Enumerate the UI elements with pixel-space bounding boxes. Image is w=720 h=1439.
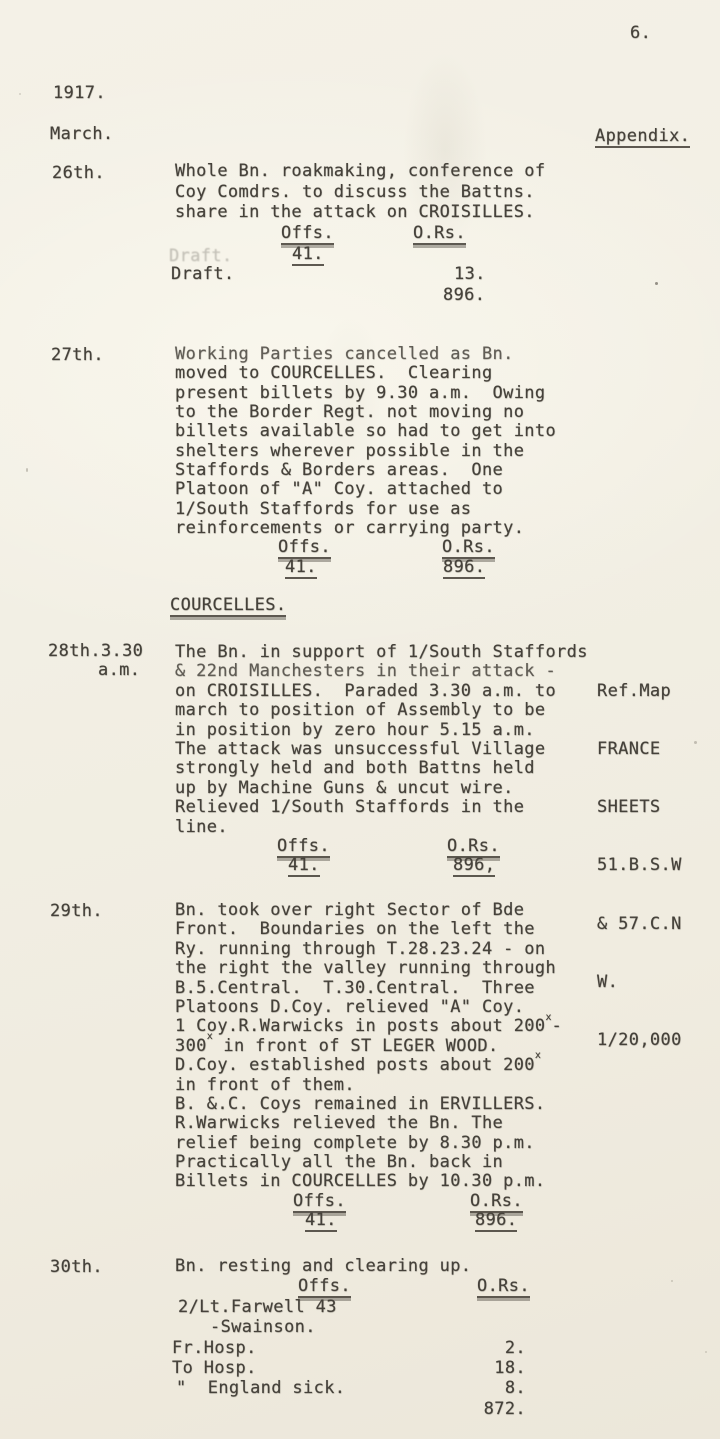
offs-total: 41.	[292, 244, 324, 266]
body-line: shelters wherever possible in the	[175, 441, 615, 460]
body-line: & 22nd Manchesters in their attack -	[175, 661, 615, 680]
ink-speck	[694, 741, 697, 744]
superscript-x: x	[207, 1031, 213, 1042]
stats-header-row: Offs. O.Rs.	[175, 1276, 615, 1296]
map-ref-line: 51.B.S.W	[597, 856, 717, 875]
body-line: present billets by 9.30 a.m. Owing	[175, 383, 615, 402]
stats-header-row: Offs. O.Rs.	[175, 1191, 615, 1210]
casualty-row: Fr.Hosp. 2.	[175, 1338, 615, 1358]
superscript-x: x	[535, 1050, 541, 1061]
body-line: up by Machine Guns & uncut wire.	[175, 778, 615, 797]
casualty-total-row: 872.	[175, 1399, 615, 1419]
body-line: march to position of Assembly to be	[175, 700, 615, 719]
body-text: in front of ST LEGER WOOD.	[213, 1036, 499, 1056]
casualty-row: To Hosp. 18.	[175, 1358, 615, 1378]
offs-total: 41.	[285, 557, 317, 579]
body-line: The attack was unsuccessful Village	[175, 739, 615, 758]
body-line: Coy Comdrs. to discuss the Battns.	[175, 182, 615, 203]
body-line: R.Warwicks relieved the Bn. The	[175, 1113, 615, 1132]
ors-total: 896.	[475, 1210, 517, 1232]
month-label: March.	[50, 124, 114, 144]
officer-name-line: -Swainson.	[175, 1317, 615, 1337]
ors-total: 896.	[443, 285, 485, 305]
draft-ors-value: 13.	[454, 264, 486, 284]
casualty-label: Fr.Hosp.	[172, 1338, 257, 1358]
body-line: in position by zero hour 5.15 a.m.	[175, 720, 615, 739]
offs-total: 41.	[288, 855, 320, 877]
draft-row: Draft. 13.	[175, 264, 615, 285]
ors-grand-total: 872.	[436, 1399, 526, 1419]
stats-value-row: 896.	[175, 285, 615, 306]
body-line: the right the valley running through	[175, 958, 615, 977]
body-line: 1/South Staffords for use as	[175, 499, 615, 518]
entry-29-body: Bn. took over right Sector of Bde Front.…	[175, 900, 615, 1230]
page-number: 6.	[630, 23, 651, 43]
stats-value-row: 41. 896,	[175, 855, 615, 874]
body-line: Platoon of "A" Coy. attached to	[175, 479, 615, 498]
body-text: 1 Coy.R.Warwicks in posts about 200	[175, 1016, 545, 1036]
body-line: relief being complete by 8.30 p.m.	[175, 1133, 615, 1152]
map-ref-line: FRANCE	[597, 740, 717, 759]
map-ref-line: 1/20,000	[597, 1031, 717, 1050]
ink-speck	[705, 1351, 707, 1353]
body-line: 1 Coy.R.Warwicks in posts about 200x-	[175, 1016, 615, 1035]
body-line: Staffords & Borders areas. One	[175, 460, 615, 479]
body-line: Relieved 1/South Staffords in the	[175, 797, 615, 816]
ink-speck	[19, 93, 21, 95]
body-line: Bn. resting and clearing up.	[175, 1256, 615, 1276]
officer-name: 2/Lt.Farwell 43	[178, 1297, 337, 1317]
entry-date-28-line1: 28th.3.30	[48, 641, 143, 661]
body-line: Whole Bn. roakmaking, conference of	[175, 161, 615, 182]
body-line: in front of them.	[175, 1075, 615, 1094]
entry-28-body: The Bn. in support of 1/South Staffords …	[175, 642, 615, 875]
body-line: Billets in COURCELLES by 10.30 p.m.	[175, 1171, 615, 1190]
body-line: on CROISILLES. Paraded 3.30 a.m. to	[175, 681, 615, 700]
entry-date-26: 26th.	[52, 163, 105, 183]
body-line: billets available so had to get into	[175, 421, 615, 440]
body-line: reinforcements or carrying party.	[175, 518, 615, 537]
map-ref-note: Ref.Map FRANCE SHEETS 51.B.S.W & 57.C.N …	[597, 643, 717, 1089]
body-line: Bn. took over right Sector of Bde	[175, 900, 615, 919]
appendix-label: Appendix.	[595, 126, 690, 148]
entry-date-28-line2: a.m.	[98, 660, 140, 680]
body-line: The Bn. in support of 1/South Staffords	[175, 642, 615, 661]
entry-date-27: 27th.	[51, 345, 104, 365]
stats-header-row: Offs. O.Rs.	[175, 537, 615, 556]
body-line: Front. Boundaries on the left the	[175, 919, 615, 938]
officer-name: -Swainson.	[210, 1317, 316, 1337]
document-page: 6. 1917. March. Appendix. 26th. Whole Bn…	[0, 0, 720, 1439]
year-label: 1917.	[53, 83, 106, 103]
body-line: Practically all the Bn. back in	[175, 1152, 615, 1171]
casualty-value: 8.	[436, 1378, 526, 1398]
body-line: strongly held and both Battns held	[175, 758, 615, 777]
casualty-label: " England sick.	[176, 1378, 345, 1398]
draft-label: Draft.	[171, 264, 235, 284]
entry-30-body: Bn. resting and clearing up. Offs. O.Rs.…	[175, 1256, 615, 1419]
body-text: 300	[175, 1036, 207, 1056]
map-ref-line: W.	[597, 973, 717, 992]
map-ref-line: SHEETS	[597, 798, 717, 817]
body-line: D.Coy. established posts about 200x	[175, 1055, 615, 1074]
stats-offs-label: Offs.	[298, 1276, 351, 1298]
entry-date-28: 28th.3.30a.m.	[48, 642, 143, 681]
stats-value-row: Draft. 41.	[175, 244, 615, 265]
stats-value-row: 41. 896.	[175, 1210, 615, 1229]
body-line: to the Border Regt. not moving no	[175, 402, 615, 421]
ghost-text: Draft.	[169, 246, 233, 266]
ink-speck	[26, 468, 28, 472]
ors-total: 896,	[453, 855, 495, 877]
body-line: 300x in front of ST LEGER WOOD.	[175, 1036, 615, 1055]
stats-value-row: 41. 896.	[175, 557, 615, 576]
body-line: B. &.C. Coys remained in ERVILLERS.	[175, 1094, 615, 1113]
section-heading: COURCELLES.	[170, 595, 286, 617]
body-line: moved to COURCELLES. Clearing	[175, 363, 615, 382]
body-text: D.Coy. established posts about 200	[175, 1055, 535, 1075]
body-line: Working Parties cancelled as Bn.	[175, 344, 615, 363]
casualty-label: To Hosp.	[172, 1358, 257, 1378]
ink-speck	[671, 1280, 673, 1282]
entry-26-body: Whole Bn. roakmaking, conference of Coy …	[175, 161, 615, 306]
stats-ors-label: O.Rs.	[413, 223, 466, 245]
entry-date-30: 30th.	[50, 1257, 103, 1277]
entry-date-29: 29th.	[50, 901, 103, 921]
entry-27-body: Working Parties cancelled as Bn. moved t…	[175, 344, 615, 576]
stats-offs-label: Offs.	[281, 223, 334, 245]
body-line: Ry. running through T.28.23.24 - on	[175, 939, 615, 958]
stats-ors-label: O.Rs.	[477, 1276, 530, 1298]
ink-speck	[655, 282, 658, 285]
body-text: -	[552, 1016, 563, 1036]
stats-header-row: Offs. O.Rs.	[175, 836, 615, 855]
casualty-row: " England sick. 8.	[175, 1378, 615, 1398]
body-line: share in the attack on CROISILLES.	[175, 202, 615, 223]
body-line: B.5.Central. T.30.Central. Three	[175, 978, 615, 997]
stats-header-row: Offs. O.Rs.	[175, 223, 615, 244]
ors-total: 896.	[443, 557, 485, 579]
superscript-x: x	[545, 1012, 551, 1023]
casualty-value: 2.	[436, 1338, 526, 1358]
offs-total: 41.	[305, 1210, 337, 1232]
map-ref-line: & 57.C.N	[597, 915, 717, 934]
map-ref-line: Ref.Map	[597, 682, 717, 701]
body-line: line.	[175, 817, 615, 836]
casualty-value: 18.	[436, 1358, 526, 1378]
officer-name-line: 2/Lt.Farwell 43	[175, 1297, 615, 1317]
